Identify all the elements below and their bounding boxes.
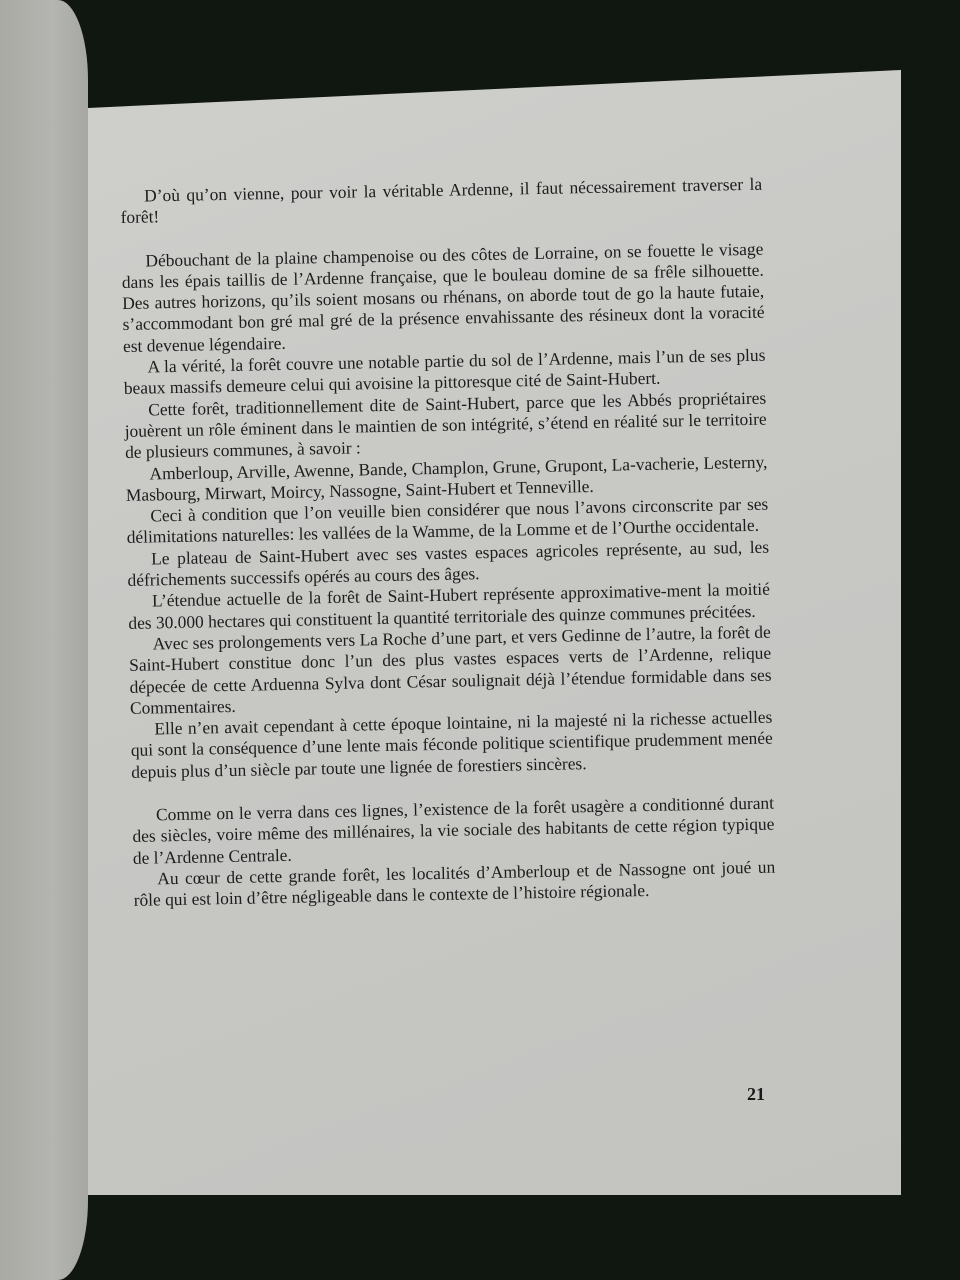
facing-page-edge — [0, 0, 88, 1280]
page-number: 21 — [747, 1084, 765, 1105]
paragraph: Elle n’en avait cependant à cette époque… — [130, 707, 773, 783]
page-text: D’où qu’on vienne, pour voir la véritabl… — [120, 174, 776, 912]
paragraph: Avec ses prolongements vers La Roche d’u… — [129, 622, 773, 719]
paragraph: Débouchant de la plaine champenoise ou d… — [121, 238, 765, 357]
